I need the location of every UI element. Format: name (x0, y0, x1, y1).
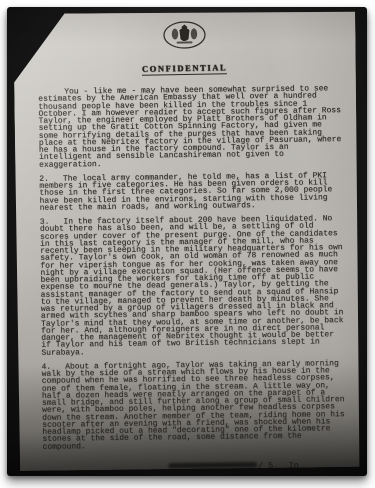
paragraph: You - like me - may have been somewhat s… (38, 85, 345, 168)
classification-row: CONFIDENTIAL (14, 56, 356, 78)
paragraph-text: About a fortnight ago, Taylor was taking… (42, 359, 345, 451)
paragraph-text: In the factory itself about 200 have bee… (40, 214, 344, 357)
paragraph: 3.In the factory itself about 200 have b… (40, 215, 348, 356)
classification-stamp: CONFIDENTIAL (142, 62, 228, 75)
crest-row (13, 18, 355, 57)
royal-coat-of-arms-icon (161, 20, 207, 51)
paragraph-text: The local army commander, he told me, ha… (39, 171, 332, 213)
paragraph: 4.About a fortnight ago, Taylor was taki… (41, 360, 348, 451)
bottom-stamp-smudge (169, 462, 257, 468)
paragraph: 2.The local army commander, he told me, … (39, 172, 345, 212)
document-photo: CONFIDENTIAL You - like me - may have be… (7, 7, 367, 476)
paper: CONFIDENTIAL You - like me - may have be… (13, 10, 361, 471)
paragraph-text: You - like me - may have been somewhat s… (38, 84, 341, 169)
document-body: You - like me - may have been somewhat s… (38, 85, 349, 473)
